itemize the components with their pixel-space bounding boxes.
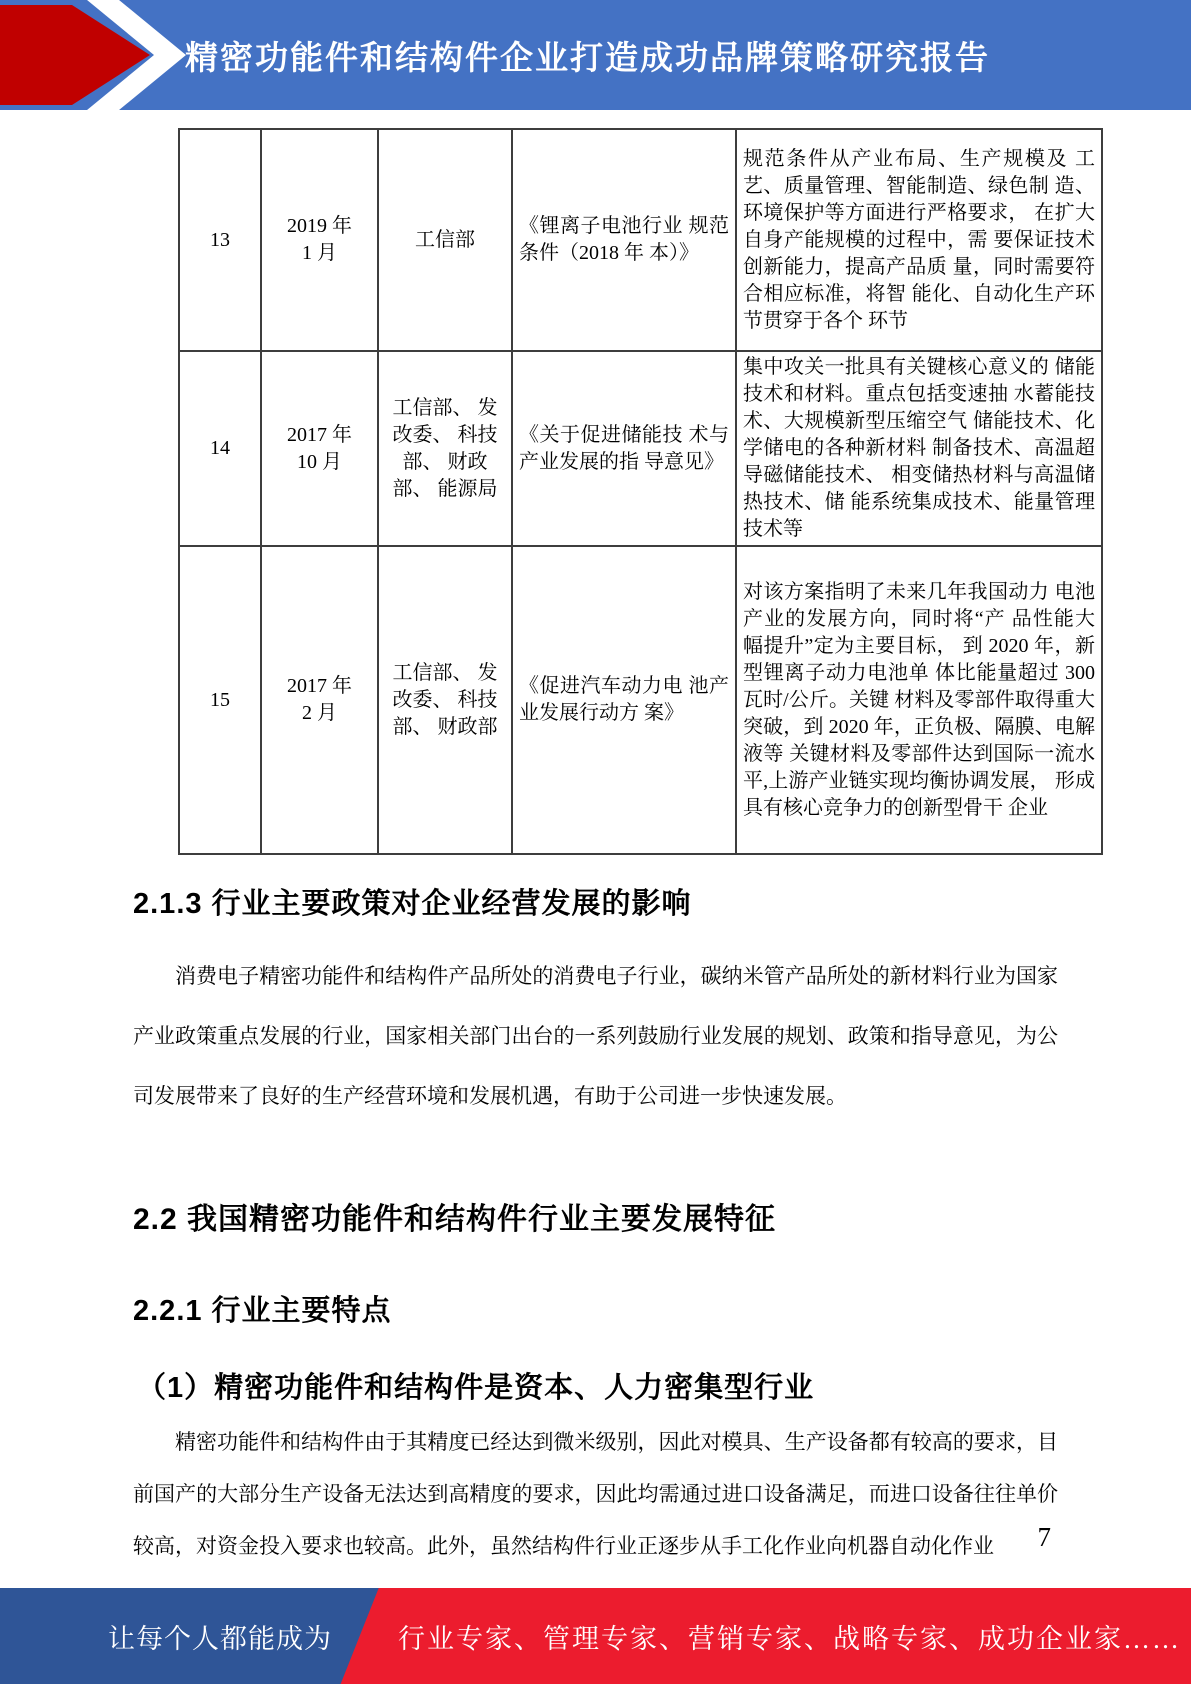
cell-policy-content: 规范条件从产业布局、生产规模及 工艺、质量管理、智能制造、绿色制 造、环境保护等… (736, 129, 1102, 351)
date-month: 2 月 (268, 700, 371, 727)
table-row: 13 2019 年 1 月 工信部 《锂离子电池行业 规范条件（2018 年 本… (179, 129, 1102, 351)
cell-policy-name: 《锂离子电池行业 规范条件（2018 年 本）》 (512, 129, 736, 351)
cell-seq: 14 (179, 351, 261, 546)
paragraph-industry-feature: 精密功能件和结构件由于其精度已经达到微米级别，因此对模具、生产设备都有较高的要求… (133, 1416, 1058, 1572)
report-page: 精密功能件和结构件企业打造成功品牌策略研究报告 13 2019 年 1 月 工信… (0, 0, 1191, 1684)
date-year: 2019 年 (268, 213, 371, 240)
cell-policy-content: 集中攻关一批具有关键核心意义的 储能技术和材料。重点包括变速抽 水蓄能技术、大规… (736, 351, 1102, 546)
footer-slogan-right: 行业专家、管理专家、营销专家、战略专家、成功企业家…… (398, 1588, 1181, 1684)
heading-2-2: 2.2 我国精密功能件和结构件行业主要发展特征 (133, 1194, 1058, 1238)
report-title: 精密功能件和结构件企业打造成功品牌策略研究报告 (165, 0, 1010, 110)
table-row: 15 2017 年 2 月 工信部、 发改委、 科技 部、 财政部 《促进汽车动… (179, 546, 1102, 854)
table-row: 14 2017 年 10 月 工信部、 发改委、 科技 部、 财政 部、 能源局… (179, 351, 1102, 546)
cell-date: 2017 年 2 月 (261, 546, 378, 854)
footer-slogan-left: 让每个人都能成为 (0, 1588, 332, 1684)
page-number: 7 (1038, 1522, 1052, 1553)
footer-band: 让每个人都能成为 行业专家、管理专家、营销专家、战略专家、成功企业家…… (0, 1588, 1191, 1684)
cell-issuer: 工信部、 发改委、 科技 部、 财政部 (378, 546, 512, 854)
heading-2-1-3: 2.1.3 行业主要政策对企业经营发展的影响 (133, 881, 1058, 922)
cell-seq: 13 (179, 129, 261, 351)
page-content: 13 2019 年 1 月 工信部 《锂离子电池行业 规范条件（2018 年 本… (133, 110, 1058, 1572)
date-month: 1 月 (268, 240, 371, 267)
cell-seq: 15 (179, 546, 261, 854)
paragraph-policy-impact: 消费电子精密功能件和结构件产品所处的消费电子行业，碳纳米管产品所处的新材料行业为… (133, 946, 1058, 1126)
cell-date: 2019 年 1 月 (261, 129, 378, 351)
heading-2-2-1: 2.2.1 行业主要特点 (133, 1288, 1058, 1329)
policy-table: 13 2019 年 1 月 工信部 《锂离子电池行业 规范条件（2018 年 本… (178, 128, 1103, 855)
cell-policy-name: 《促进汽车动力电 池产业发展行动方 案》 (512, 546, 736, 854)
cell-policy-name: 《关于促进储能技 术与产业发展的指 导意见》 (512, 351, 736, 546)
date-year: 2017 年 (268, 422, 371, 449)
cell-issuer: 工信部 (378, 129, 512, 351)
header-banner: 精密功能件和结构件企业打造成功品牌策略研究报告 (0, 0, 1191, 110)
date-year: 2017 年 (268, 673, 371, 700)
cell-issuer: 工信部、 发改委、 科技 部、 财政 部、 能源局 (378, 351, 512, 546)
date-month: 10 月 (268, 449, 371, 476)
heading-point-1: （1）精密功能件和结构件是资本、人力密集型行业 (133, 1365, 1058, 1406)
cell-policy-content: 对该方案指明了未来几年我国动力 电池产业的发展方向，同时将“产 品性能大幅提升”… (736, 546, 1102, 854)
cell-date: 2017 年 10 月 (261, 351, 378, 546)
